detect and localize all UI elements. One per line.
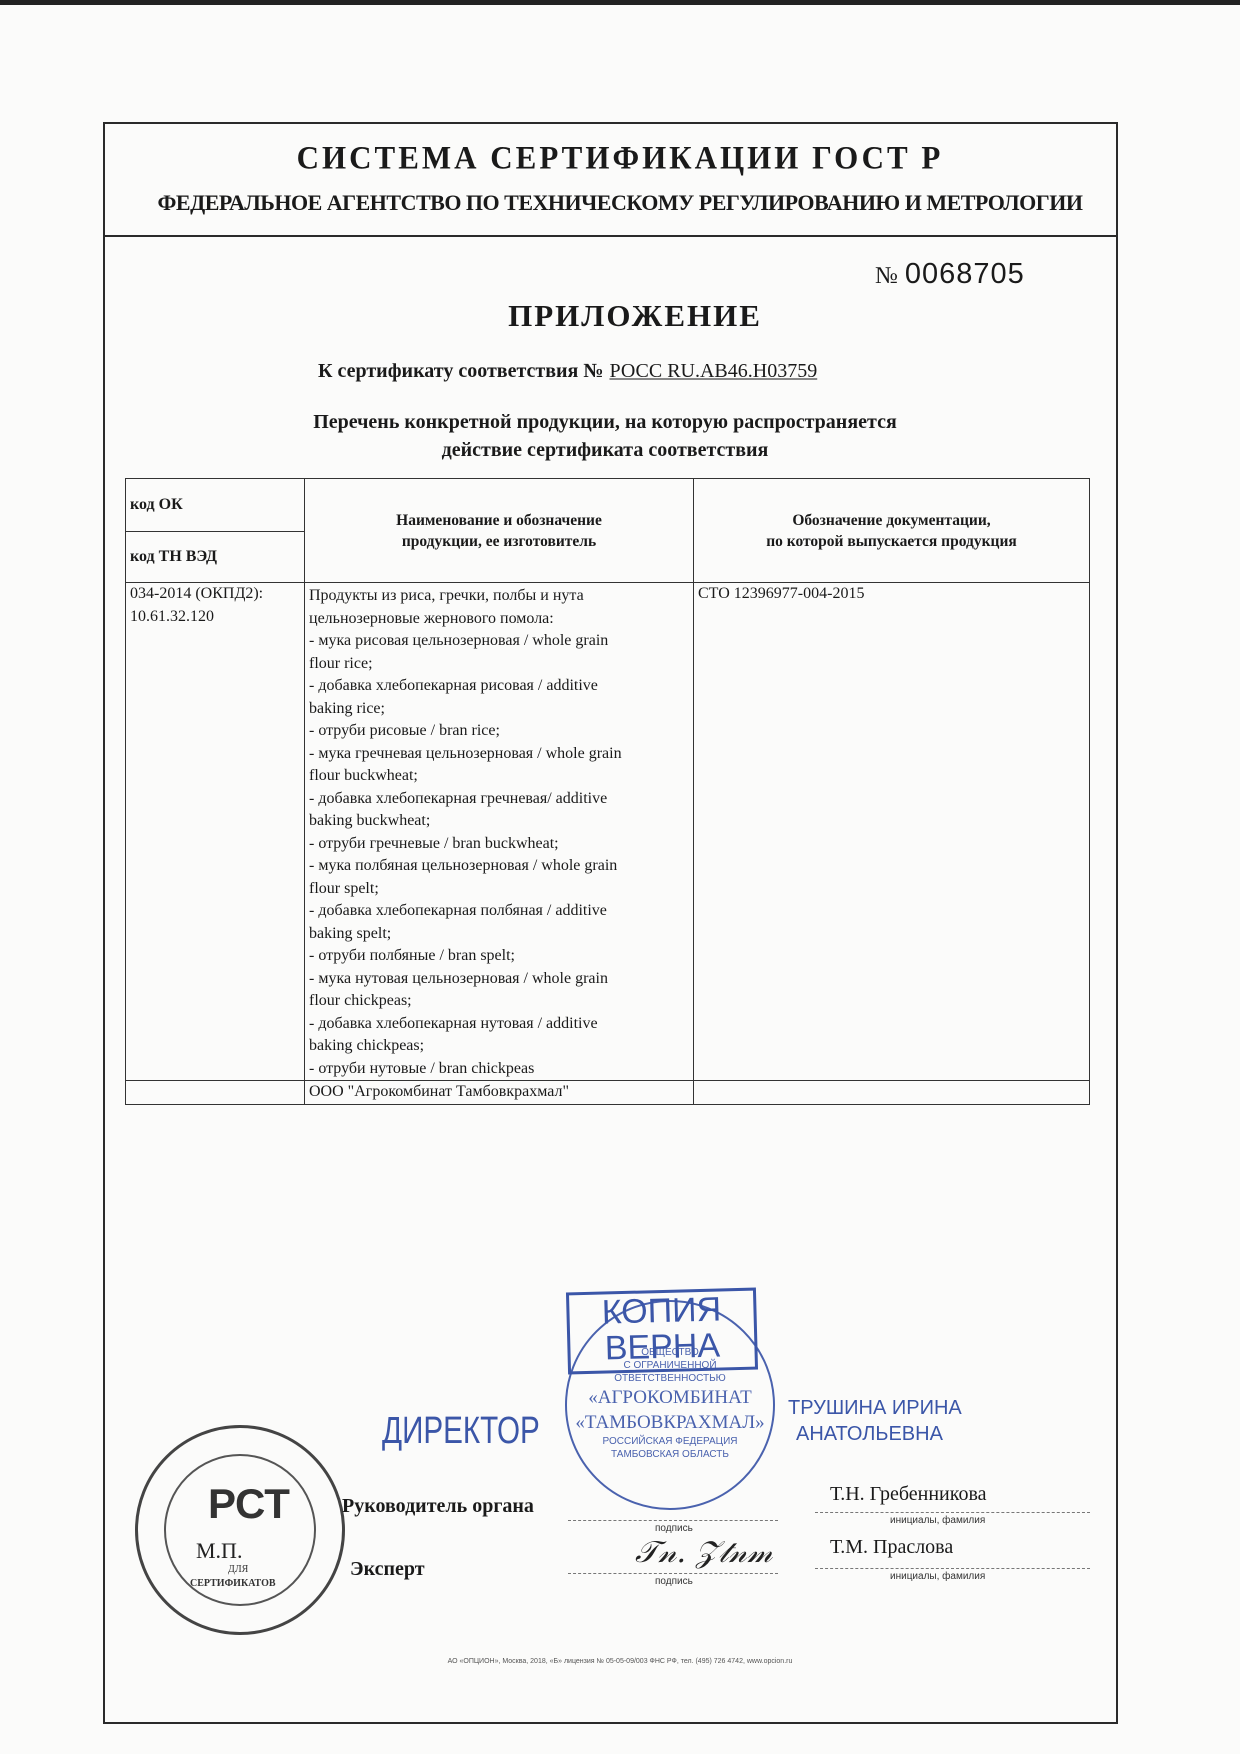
- product-line: baking chickpeas;: [309, 1035, 689, 1058]
- product-line: - мука рисовая цельнозерновая / whole gr…: [309, 630, 689, 653]
- header-doc-line-1: Обозначение документации,: [698, 510, 1085, 531]
- header-name-line-1: Наименование и обозначение: [309, 510, 689, 531]
- manufacturer-doc-cell: [694, 1081, 1090, 1105]
- head-signature-caption: подпись: [655, 1523, 693, 1534]
- product-line: цельнозерновые жернового помола:: [309, 608, 689, 631]
- certification-body-stamp: РСТ М.П. ДЛЯ СЕРТИФИКАТОВ: [135, 1425, 345, 1635]
- products-table: код ОК Наименование и обозначение продук…: [125, 478, 1090, 1105]
- company-stamp-name-2: «ТАМБОВКРАХМАЛ»: [567, 1410, 773, 1435]
- header-name-line-2: продукции, ее изготовитель: [309, 531, 689, 552]
- head-name-caption: инициалы, фамилия: [890, 1515, 985, 1526]
- code-line-2: 10.61.32.120: [130, 606, 300, 629]
- product-line: - добавка хлебопекарная нутовая / additi…: [309, 1013, 689, 1036]
- product-line: baking spelt;: [309, 923, 689, 946]
- code-line-1: 034-2014 (ОКПД2):: [130, 583, 300, 606]
- expert-signature: 𝒯𝓃. 𝒵𝓉𝓃𝓂: [635, 1535, 773, 1570]
- product-line: - добавка хлебопекарная рисовая / additi…: [309, 675, 689, 698]
- expert-role-label: Эксперт: [350, 1558, 425, 1581]
- expert-name: Т.М. Праслова: [830, 1536, 953, 1559]
- copy-stamp-line-2: ВЕРНА: [570, 1327, 755, 1368]
- certified-copy-stamp: КОПИЯ ВЕРНА: [566, 1288, 758, 1375]
- product-line: - отруби гречневые / bran buckwheat;: [309, 833, 689, 856]
- cert-ref-label: К сертификату соответствия №: [318, 360, 603, 382]
- stamp-for-label: ДЛЯ: [228, 1564, 248, 1575]
- page-title: ПРИЛОЖЕНИЕ: [0, 298, 1240, 334]
- cert-ref-number: РОСС RU.АВ46.Н03759: [609, 360, 817, 382]
- manufacturer-code-cell: [126, 1081, 305, 1105]
- rst-logo-icon: РСТ: [208, 1480, 290, 1528]
- copy-stamp-line-1: КОПИЯ: [569, 1291, 754, 1332]
- product-line: baking rice;: [309, 698, 689, 721]
- company-stamp-line-4: РОССИЙСКАЯ ФЕДЕРАЦИЯ: [567, 1435, 773, 1448]
- serial-value: 0068705: [905, 258, 1025, 290]
- table-row: 034-2014 (ОКПД2): 10.61.32.120 Продукты …: [126, 583, 1090, 1081]
- product-line: - мука нутовая цельнозерновая / whole gr…: [309, 968, 689, 991]
- header-product-name: Наименование и обозначение продукции, ее…: [305, 479, 694, 583]
- stamp-inner-ring: РСТ М.П. ДЛЯ СЕРТИФИКАТОВ: [164, 1454, 316, 1606]
- documentation-cell: СТО 12396977-004-2015: [694, 583, 1090, 1081]
- product-line: - добавка хлебопекарная гречневая/ addit…: [309, 788, 689, 811]
- company-stamp-name-1: «АГРОКОМБИНАТ: [567, 1385, 773, 1410]
- list-title-line-1: Перечень конкретной продукции, на котору…: [210, 408, 1000, 436]
- signer-line-2: АНАТОЛЬЕВНА: [788, 1421, 962, 1447]
- head-name-line: [815, 1512, 1090, 1513]
- manufacturer-cell: ООО "Агрокомбинат Тамбовкрахмал": [305, 1081, 694, 1105]
- product-line: - отруби рисовые / bran rice;: [309, 720, 689, 743]
- stamp-mp-label: М.П.: [196, 1538, 242, 1564]
- product-line: - отруби полбяные / bran spelt;: [309, 945, 689, 968]
- product-line: flour spelt;: [309, 878, 689, 901]
- table-row: ООО "Агрокомбинат Тамбовкрахмал": [126, 1081, 1090, 1105]
- scan-edge: [0, 0, 1240, 5]
- product-line: - отруби нутовые / bran chickpeas: [309, 1058, 689, 1081]
- head-role-label: Руководитель органа: [342, 1495, 534, 1518]
- product-line: Продукты из риса, гречки, полбы и нута: [309, 585, 689, 608]
- product-line: baking buckwheat;: [309, 810, 689, 833]
- number-sign: №: [875, 263, 899, 289]
- signer-line-1: ТРУШИНА ИРИНА: [788, 1395, 962, 1421]
- director-stamp: ДИРЕКТОР: [382, 1410, 540, 1453]
- header-code-ok: код ОК: [126, 479, 305, 532]
- system-title: СИСТЕМА СЕРТИФИКАЦИИ ГОСТ Р: [0, 139, 1240, 177]
- printer-note: АО «ОПЦИОН», Москва, 2018, «Б» лицензия …: [0, 1658, 1240, 1665]
- agency-name: ФЕДЕРАЛЬНОЕ АГЕНТСТВО ПО ТЕХНИЧЕСКОМУ РЕ…: [0, 190, 1240, 216]
- header-documentation: Обозначение документации, по которой вып…: [694, 479, 1090, 583]
- header-doc-line-2: по которой выпускается продукция: [698, 531, 1085, 552]
- expert-signature-line: [568, 1573, 778, 1574]
- list-title: Перечень конкретной продукции, на котору…: [210, 408, 1000, 464]
- product-codes: 034-2014 (ОКПД2): 10.61.32.120: [126, 583, 305, 1081]
- expert-name-line: [815, 1568, 1090, 1569]
- product-line: flour buckwheat;: [309, 765, 689, 788]
- serial-number: №0068705: [875, 258, 1025, 291]
- expert-signature-caption: подпись: [655, 1576, 693, 1587]
- head-signature-line: [568, 1520, 778, 1521]
- list-title-line-2: действие сертификата соответствия: [210, 436, 1000, 464]
- signer-name-stamp: ТРУШИНА ИРИНА АНАТОЛЬЕВНА: [788, 1395, 962, 1447]
- product-line: - мука гречневая цельнозерновая / whole …: [309, 743, 689, 766]
- stamp-certificates-label: СЕРТИФИКАТОВ: [190, 1578, 276, 1589]
- company-stamp-line-5: ТАМБОВСКАЯ ОБЛАСТЬ: [567, 1448, 773, 1461]
- head-name: Т.Н. Гребенникова: [830, 1483, 987, 1506]
- company-stamp-line-3: ОТВЕТСТВЕННОСТЬЮ: [567, 1372, 773, 1385]
- product-line: flour rice;: [309, 653, 689, 676]
- certificate-reference: К сертификату соответствия №РОСС RU.АВ46…: [318, 360, 817, 383]
- expert-name-caption: инициалы, фамилия: [890, 1571, 985, 1582]
- product-line: - добавка хлебопекарная полбяная / addit…: [309, 900, 689, 923]
- header-code-tnved: код ТН ВЭД: [126, 532, 305, 583]
- product-line: - мука полбяная цельнозерновая / whole g…: [309, 855, 689, 878]
- product-list: Продукты из риса, гречки, полбы и нутаце…: [305, 583, 694, 1081]
- table-header-row: код ОК Наименование и обозначение продук…: [126, 479, 1090, 532]
- product-line: flour chickpeas;: [309, 990, 689, 1013]
